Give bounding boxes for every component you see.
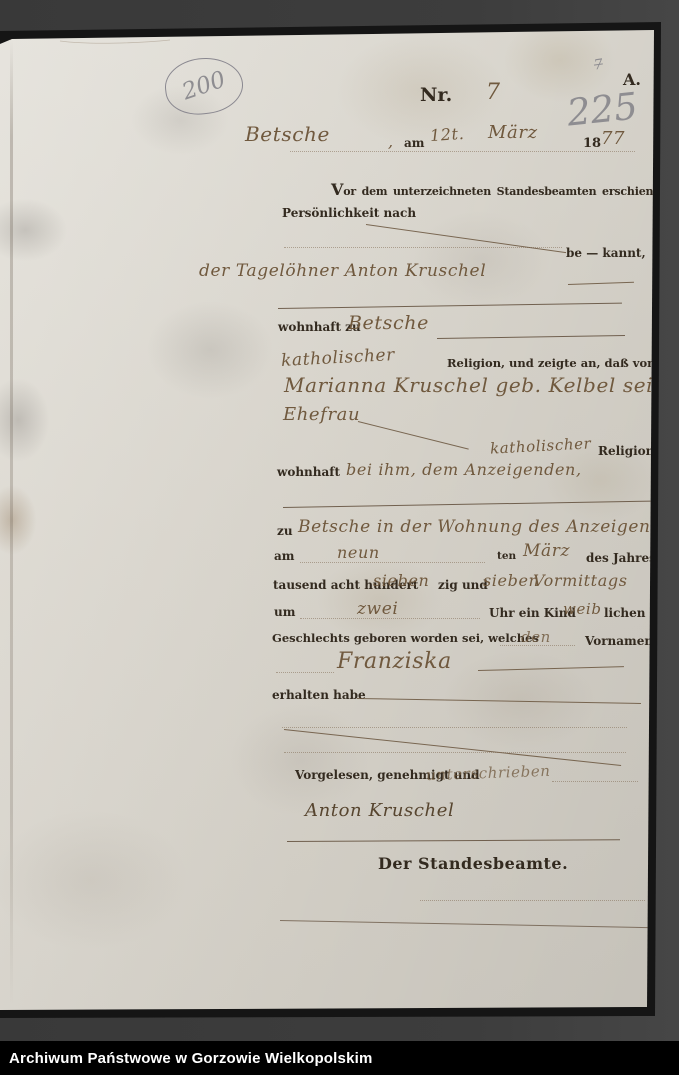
um-label: um (274, 605, 295, 619)
signature-rule (287, 839, 620, 842)
archive-footer-bar: Archiwum Państwowe w Gorzowie Wielkopols… (0, 1041, 679, 1075)
scan-view: 200 7 A. 225 Nr. 7 Betsche , am 12t. Mär… (0, 0, 679, 1075)
section-rule-2 (283, 500, 657, 508)
mother-name: Marianna Kruschel geb. Kelbel seiner (284, 373, 679, 397)
registrar-baseline (420, 900, 645, 901)
religion2-value: katholischer (490, 434, 592, 457)
date-baseline (290, 151, 635, 152)
wohnhaft-label: wohnhaft (277, 465, 340, 479)
erhalten-strikeout (357, 698, 641, 704)
am-label: am (404, 136, 424, 150)
intro-line1: Vor dem unterzeichneten Standesbeamten e… (331, 180, 679, 199)
archive-name: Archiwum Państwowe w Gorzowie Wielkopols… (9, 1050, 373, 1067)
birth-day: neun (337, 543, 380, 562)
year-ones-value: sieben (483, 571, 539, 590)
unterschrieben-value: unterschrieben (426, 762, 551, 784)
birth-day-baseline (300, 562, 485, 563)
place-comma: , (388, 132, 394, 151)
religion2-label: Religion, (598, 444, 659, 458)
birth-month: März (523, 541, 570, 561)
religion1-value: katholischer (281, 345, 396, 371)
blank-line-2 (284, 752, 626, 753)
name-underline (478, 666, 624, 671)
den-value: den (521, 628, 551, 646)
record-month: März (488, 122, 538, 143)
year-tens-value: sieben (373, 571, 429, 590)
gender-value: weib (563, 600, 602, 618)
circled-archive-number: 200 (162, 53, 246, 118)
hour-baseline (300, 618, 480, 619)
document-page: 200 7 A. 225 Nr. 7 Betsche , am 12t. Mär… (0, 0, 679, 1075)
blank-line-1 (282, 727, 627, 728)
name-baseline (276, 672, 334, 673)
lichen-label: lichen (604, 606, 646, 620)
declarant-signature: Anton Kruschel (305, 800, 454, 821)
pencil-check-mark: 7 (593, 56, 604, 73)
record-day: 12t. (429, 124, 465, 145)
final-rule (280, 920, 652, 928)
am2-label: am (274, 549, 294, 563)
ehefrau-value: Ehefrau (283, 404, 360, 425)
closing-baseline (552, 781, 638, 782)
hour-value: zwei (357, 599, 398, 619)
year-printed: 18 (583, 136, 601, 151)
daytime-value: Vormittags (533, 571, 628, 590)
residence2-value: bei ihm, dem Anzeigenden, (346, 460, 582, 479)
bekannt-label: be — kannt, (566, 246, 646, 260)
identity-baseline (284, 247, 562, 248)
des-jahres-label: des Jahres (586, 551, 656, 565)
ten-label: ten (497, 550, 516, 562)
residence-rule (437, 335, 625, 339)
circled-number-text: 200 (179, 67, 229, 106)
declarant-name: der Tagelöhner Anton Kruschel (199, 261, 486, 281)
section-rule-1 (278, 303, 622, 309)
birth-place: Betsche in der Wohnung des Anzeigenden (298, 517, 679, 537)
blank-strikeout (284, 729, 621, 766)
year-written: 77 (601, 128, 625, 149)
geschlechts-label: Geschlechts geboren worden sei, welches (272, 631, 539, 645)
nr-value: 7 (486, 80, 501, 105)
erhalten-habe-label: erhalten habe (272, 688, 366, 702)
intro-line2: Persönlichkeit nach (282, 206, 416, 220)
zu-label: zu (277, 524, 293, 538)
zig-und-label: zig und (438, 578, 488, 592)
declarant-underline (568, 282, 634, 285)
residence-value: Betsche (348, 312, 429, 334)
nr-label: Nr. (420, 84, 452, 106)
identity-strikeout (366, 224, 566, 253)
standesbeamte-label: Der Standesbeamte. (378, 854, 568, 873)
record-place: Betsche (245, 122, 330, 146)
ehefrau-strikeout (358, 421, 469, 450)
religion1-label: Religion, und zeigte an, daß von der (447, 356, 679, 370)
vornamen-label: Vornamen (585, 634, 653, 648)
child-name: Franziska (337, 649, 452, 674)
